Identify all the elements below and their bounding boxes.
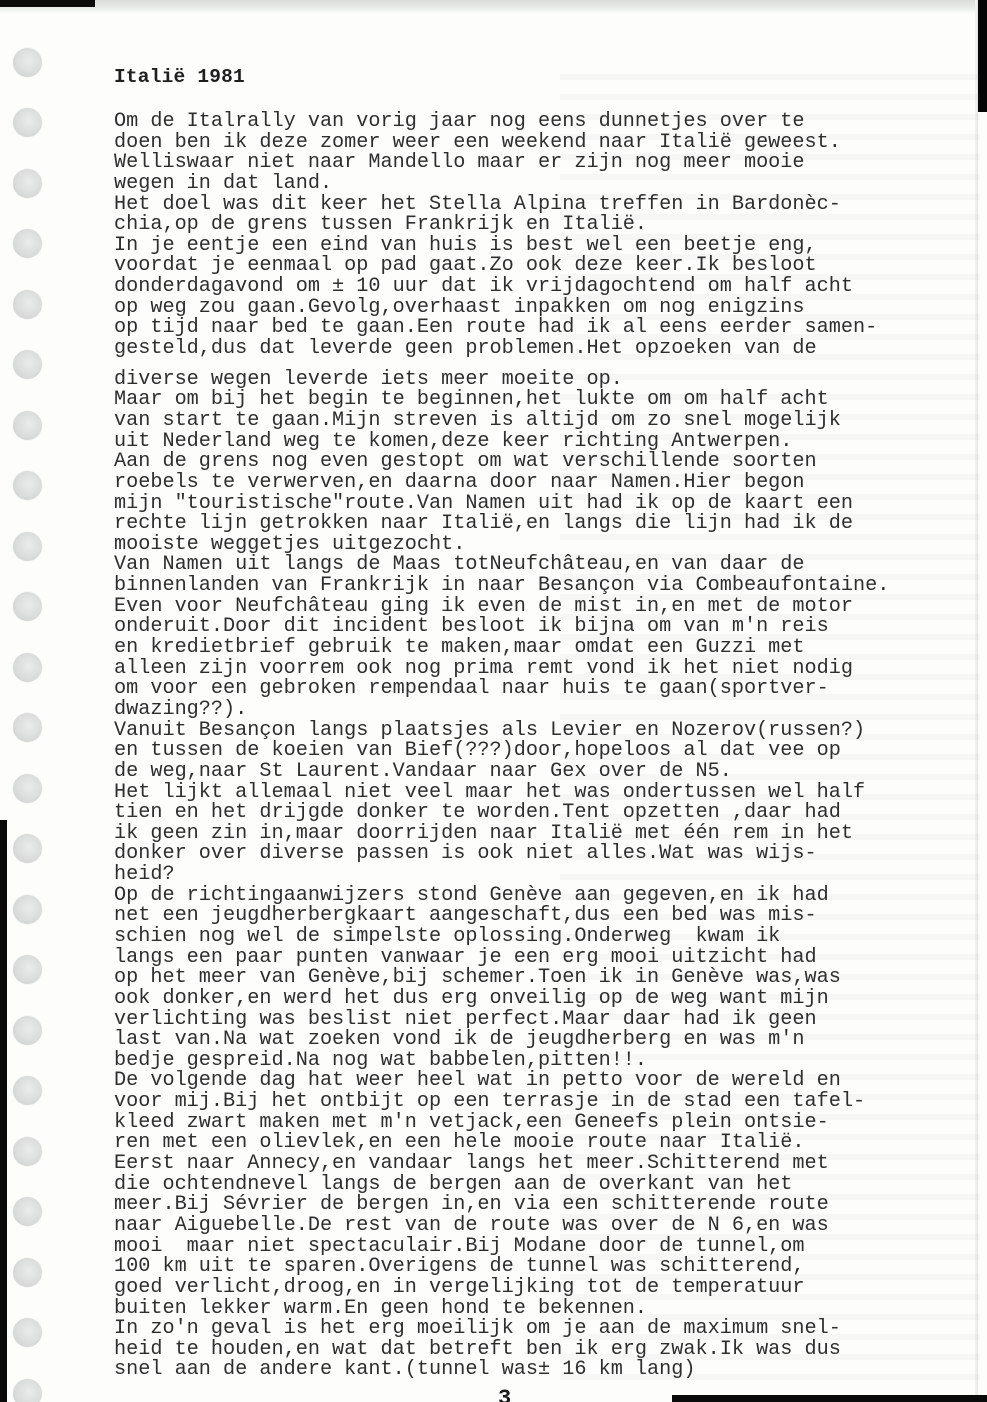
text-line: van start te gaan.Mijn streven is altijd… (114, 411, 914, 432)
text-line: De volgende dag hat weer heel wat in pet… (114, 1071, 914, 1092)
text-line: de weg,naar St Laurent.Vandaar naar Gex … (114, 762, 914, 783)
binder-hole (13, 653, 42, 682)
text-line: kleed zwart maken met m'n vetjack,een Ge… (114, 1113, 914, 1134)
text-line: om voor een gebroken rempendaal naar hui… (114, 679, 914, 700)
text-line: Van Namen uit langs de Maas totNeufchâte… (114, 555, 914, 576)
binder-hole (13, 532, 42, 561)
binder-hole (13, 955, 42, 984)
text-line: op het meer van Genève,bij schemer.Toen … (114, 968, 914, 989)
scan-border-bottom (672, 1395, 987, 1402)
binder-hole (13, 1197, 42, 1226)
text-line: mijn "touristische"route.Van Namen uit h… (114, 494, 914, 515)
text-line: meer.Bij Sévrier de bergen in,en via een… (114, 1195, 914, 1216)
text-line: Het doel was dit keer het Stella Alpina … (114, 195, 914, 216)
binder-hole (13, 1016, 42, 1045)
scan-border-right (978, 0, 987, 112)
text-line: chia,op de grens tussen Frankrijk en Ita… (114, 215, 914, 236)
text-line: Welliswaar niet naar Mandello maar er zi… (114, 153, 914, 174)
text-line: Maar om bij het begin te beginnen,het lu… (114, 390, 914, 411)
text-line: uit Nederland weg te komen,deze keer ric… (114, 432, 914, 453)
binder-hole (13, 834, 42, 863)
text-line: Vanuit Besançon langs plaatsjes als Levi… (114, 721, 914, 742)
text-line: op tijd naar bed te gaan.Een route had i… (114, 318, 914, 339)
binder-hole (13, 713, 42, 742)
text-line: onderuit.Door dit incident besloot ik bi… (114, 617, 914, 638)
text-line: Even voor Neufchâteau ging ik even de mi… (114, 597, 914, 618)
text-line: binnenlanden van Frankrijk in naar Besan… (114, 576, 914, 597)
text-line: mooiste weggetjes uitgezocht. (114, 535, 914, 556)
binder-hole (13, 592, 42, 621)
text-line: Op de richtingaanwijzers stond Genève aa… (114, 886, 914, 907)
binder-hole (13, 1379, 42, 1402)
page-right-shadow (975, 0, 978, 1402)
text-line: net een jeugdherbergkaart aangeschaft,du… (114, 906, 914, 927)
text-line: diverse wegen leverde iets meer moeite o… (114, 370, 914, 391)
text-line: last van.Na wat zoeken vond ik de jeugdh… (114, 1030, 914, 1051)
text-line: ook donker,en werd het dus erg onveilig … (114, 989, 914, 1010)
text-line: voordat je eenmaal op pad gaat.Zo ook de… (114, 256, 914, 277)
document-title: Italië 1981 (114, 66, 245, 88)
text-line: op weg zou gaan.Gevolg,overhaast inpakke… (114, 298, 914, 319)
binder-hole (13, 290, 42, 319)
text-line: wegen in dat land. (114, 174, 914, 195)
text-line: bedje gespreid.Na nog wat babbelen,pitte… (114, 1051, 914, 1072)
binder-hole (13, 1137, 42, 1166)
document-body: Om de Italrally van vorig jaar nog eens … (114, 112, 914, 1381)
text-line: Het lijkt allemaal niet veel maar het wa… (114, 783, 914, 804)
text-line: Aan de grens nog even gestopt om wat ver… (114, 452, 914, 473)
binder-hole (13, 169, 42, 198)
text-line: en tussen de koeien van Bief(???)door,ho… (114, 741, 914, 762)
text-line: roebels te verwerven,en daarna door naar… (114, 473, 914, 494)
binder-hole (13, 471, 42, 500)
binder-hole (13, 229, 42, 258)
binder-hole (13, 411, 42, 440)
text-line: buiten lekker warm.En geen hond te beken… (114, 1299, 914, 1320)
text-line: die ochtendnevel langs de bergen aan de … (114, 1175, 914, 1196)
binder-hole (13, 774, 42, 803)
scan-top-edge (0, 0, 987, 14)
text-line: donderdagavond om ± 10 uur dat ik vrijda… (114, 277, 914, 298)
scanned-page: Italië 1981 Om de Italrally van vorig ja… (0, 0, 987, 1402)
text-line: gesteld,dus dat leverde geen problemen.H… (114, 339, 914, 360)
text-line: schien nog wel de simpelste oplossing.On… (114, 927, 914, 948)
text-line: rechte lijn getrokken naar Italië,en lan… (114, 514, 914, 535)
page-number: 3 (498, 1388, 511, 1402)
text-line: In zo'n geval is het erg moeilijk om je … (114, 1319, 914, 1340)
binder-holes (0, 0, 60, 1402)
text-line: mooi maar niet spectaculair.Bij Modane d… (114, 1237, 914, 1258)
text-line: voor mij.Bij het ontbijt op een terrasje… (114, 1092, 914, 1113)
binder-hole (13, 350, 42, 379)
text-line: In je eentje een eind van huis is best w… (114, 236, 914, 257)
binder-hole (13, 895, 42, 924)
text-line: Eerst naar Annecy,en vandaar langs het m… (114, 1154, 914, 1175)
binder-hole (13, 48, 42, 77)
text-line: doen ben ik deze zomer weer een weekend … (114, 133, 914, 154)
text-line: snel aan de andere kant.(tunnel was± 16 … (114, 1360, 914, 1381)
text-line: heid te houden,en wat dat betreft ben ik… (114, 1340, 914, 1361)
text-line: 100 km uit te sparen.Overigens de tunnel… (114, 1257, 914, 1278)
text-line: Om de Italrally van vorig jaar nog eens … (114, 112, 914, 133)
text-line: goed verlicht,droog,en in vergelijking t… (114, 1278, 914, 1299)
text-line: dwazing??). (114, 700, 914, 721)
text-line: langs een paar punten vanwaar je een erg… (114, 948, 914, 969)
text-line: tien en het drijgde donker te worden.Ten… (114, 803, 914, 824)
text-line: naar Aiguebelle.De rest van de route was… (114, 1216, 914, 1237)
text-line: ik geen zin in,maar doorrijden naar Ital… (114, 824, 914, 845)
text-line: ren met een olievlek,en een hele mooie r… (114, 1133, 914, 1154)
binder-hole (13, 1258, 42, 1287)
text-line: heid? (114, 865, 914, 886)
text-line: verlichting was beslist niet perfect.Maa… (114, 1010, 914, 1031)
binder-hole (13, 108, 42, 137)
binder-hole (13, 1318, 42, 1347)
text-line: alleen zijn voorrem ook nog prima remt v… (114, 659, 914, 680)
text-line: donker over diverse passen is ook niet a… (114, 844, 914, 865)
binder-hole (13, 1076, 42, 1105)
text-line: en kredietbrief gebruik te maken,maar om… (114, 638, 914, 659)
